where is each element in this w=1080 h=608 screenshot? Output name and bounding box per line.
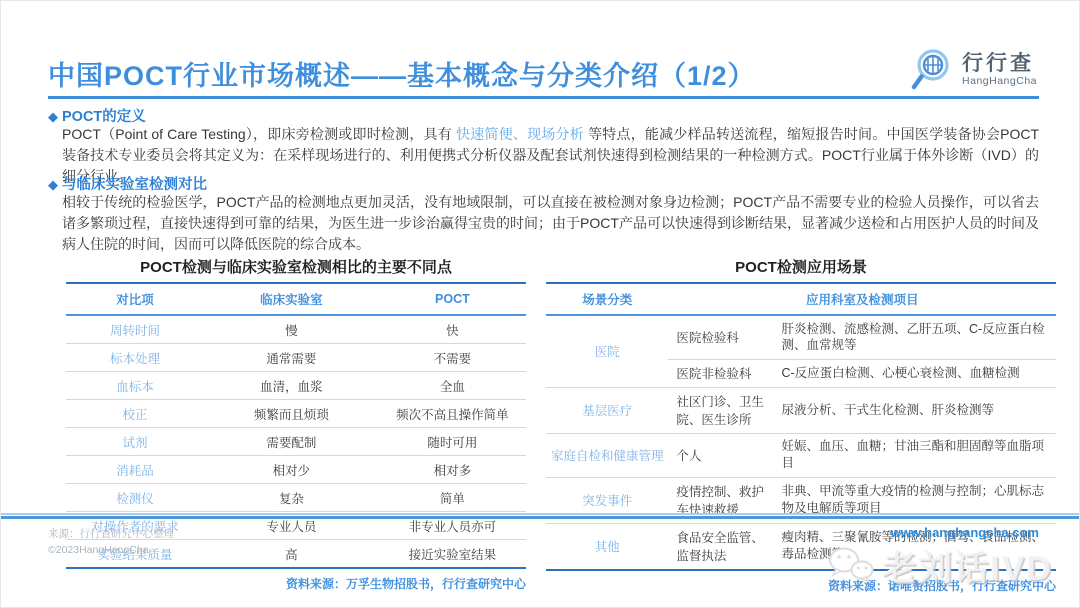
scene-sub: 社区门诊、卫生院、医生诊所	[668, 387, 775, 433]
row-label: 周转时间	[66, 315, 204, 344]
cell: 频繁而且烦琐	[204, 400, 379, 428]
table-row: 医院 医院检验科 肝炎检测、流感检测、乙肝五项、C-反应蛋白检测、血常规等	[546, 315, 1056, 359]
cell: 复杂	[204, 484, 379, 512]
scene-category: 其他	[546, 523, 668, 570]
row-label: 标本处理	[66, 344, 204, 372]
footer-divider	[1, 513, 1079, 519]
hanghangcha-logo: 行行查 HangHangCha	[906, 46, 1037, 94]
title-underline	[48, 96, 1039, 99]
column-header: POCT	[379, 283, 526, 315]
wechat-icon	[826, 545, 876, 587]
cell: 需要配制	[204, 428, 379, 456]
table-row: 家庭自检和健康管理 个人 妊娠、血压、血糖；甘油三酯和胆固醇等血脂项目	[546, 433, 1056, 477]
row-label: 血标本	[66, 372, 204, 400]
row-label: 消耗品	[66, 456, 204, 484]
scene-items: C-反应蛋白检测、心梗心衰检测、血糖检测	[775, 359, 1056, 387]
page-title: 中国POCT行业市场概述——基本概念与分类介绍（1/2）	[48, 54, 756, 93]
cell: 接近实验室结果	[379, 540, 526, 569]
diamond-bullet-icon: ◆	[48, 109, 58, 124]
definition-paragraph: POCT（Point of Care Testing），即床旁检测或即时检测，具…	[62, 124, 1039, 187]
slide-page: { "header": { "title": "中国POCT行业市场概述——基本…	[0, 0, 1080, 608]
cell: 相对少	[204, 456, 379, 484]
watermark: 老刘话IVD	[826, 541, 1053, 590]
footer-copyright: ©2023HangHangCha	[48, 542, 174, 558]
section-heading-comparison: ◆与临床实验室检测对比	[48, 173, 207, 194]
footer-source-note: 来源：行行查研究中心整理	[48, 526, 174, 542]
watermark-text: 老刘话IVD	[882, 541, 1053, 590]
cell: 简单	[379, 484, 526, 512]
column-header: 应用科室及检测项目	[668, 283, 1056, 315]
cell: 慢	[204, 315, 379, 344]
definition-highlight: 快速简便、现场分析	[456, 126, 584, 142]
cell: 高	[204, 540, 379, 569]
footer-source-block: 来源：行行查研究中心整理 ©2023HangHangCha	[48, 526, 174, 558]
table-row: 基层医疗 社区门诊、卫生院、医生诊所 尿液分析、干式生化检测、肝炎检测等	[546, 387, 1056, 433]
comparison-paragraph: 相较于传统的检验医学，POCT产品的检测地点更加灵活，没有地域限制，可以直接在被…	[62, 192, 1039, 255]
diamond-bullet-icon: ◆	[48, 177, 58, 192]
cell: 频次不高且操作简单	[379, 400, 526, 428]
scene-sub: 食品安全监管、监督执法	[668, 523, 775, 570]
table-header-row: 场景分类 应用科室及检测项目	[546, 283, 1056, 315]
logo-name-cn: 行行查	[962, 53, 1037, 75]
left-table-source: 资料来源：万孚生物招股书，行行查研究中心	[66, 575, 526, 592]
scene-category: 家庭自检和健康管理	[546, 433, 668, 477]
application-table-title: POCT检测应用场景	[546, 256, 1056, 277]
section-heading-definition: ◆POCT的定义	[48, 105, 146, 126]
table-row: 血标本血清，血浆全血	[66, 372, 526, 400]
scene-items: 尿液分析、干式生化检测、肝炎检测等	[775, 387, 1056, 433]
table-row: 检测仪复杂简单	[66, 484, 526, 512]
row-label: 校正	[66, 400, 204, 428]
cell: 不需要	[379, 344, 526, 372]
cell: 血清，血浆	[204, 372, 379, 400]
table-row: 消耗品相对少相对多	[66, 456, 526, 484]
scene-sub: 医院检验科	[668, 315, 775, 359]
cell: 通常需要	[204, 344, 379, 372]
table-row: 周转时间慢快	[66, 315, 526, 344]
scene-sub: 医院非检验科	[668, 359, 775, 387]
definition-text-before: POCT（Point of Care Testing），即床旁检测或即时检测，具…	[62, 126, 456, 142]
scene-items: 肝炎检测、流感检测、乙肝五项、C-反应蛋白检测、血常规等	[775, 315, 1056, 359]
table-header-row: 对比项 临床实验室 POCT	[66, 283, 526, 315]
cell: 相对多	[379, 456, 526, 484]
cell: 全血	[379, 372, 526, 400]
column-header: 场景分类	[546, 283, 668, 315]
row-label: 试剂	[66, 428, 204, 456]
scene-sub: 个人	[668, 433, 775, 477]
table-row: 试剂需要配制随时可用	[66, 428, 526, 456]
column-header: 临床实验室	[204, 283, 379, 315]
row-label: 检测仪	[66, 484, 204, 512]
website-link[interactable]: www.hanghangcha.com	[891, 525, 1039, 540]
cell: 快	[379, 315, 526, 344]
logo-name-en: HangHangCha	[962, 76, 1037, 87]
magnifier-logo-icon	[906, 46, 954, 94]
scene-category: 医院	[546, 315, 668, 387]
scene-category: 基层医疗	[546, 387, 668, 433]
table-row: 标本处理通常需要不需要	[66, 344, 526, 372]
column-header: 对比项	[66, 283, 204, 315]
table-row: 校正频繁而且烦琐频次不高且操作简单	[66, 400, 526, 428]
comparison-table-title: POCT检测与临床实验室检测相比的主要不同点	[66, 256, 526, 277]
cell: 随时可用	[379, 428, 526, 456]
scene-items: 妊娠、血压、血糖；甘油三酯和胆固醇等血脂项目	[775, 433, 1056, 477]
